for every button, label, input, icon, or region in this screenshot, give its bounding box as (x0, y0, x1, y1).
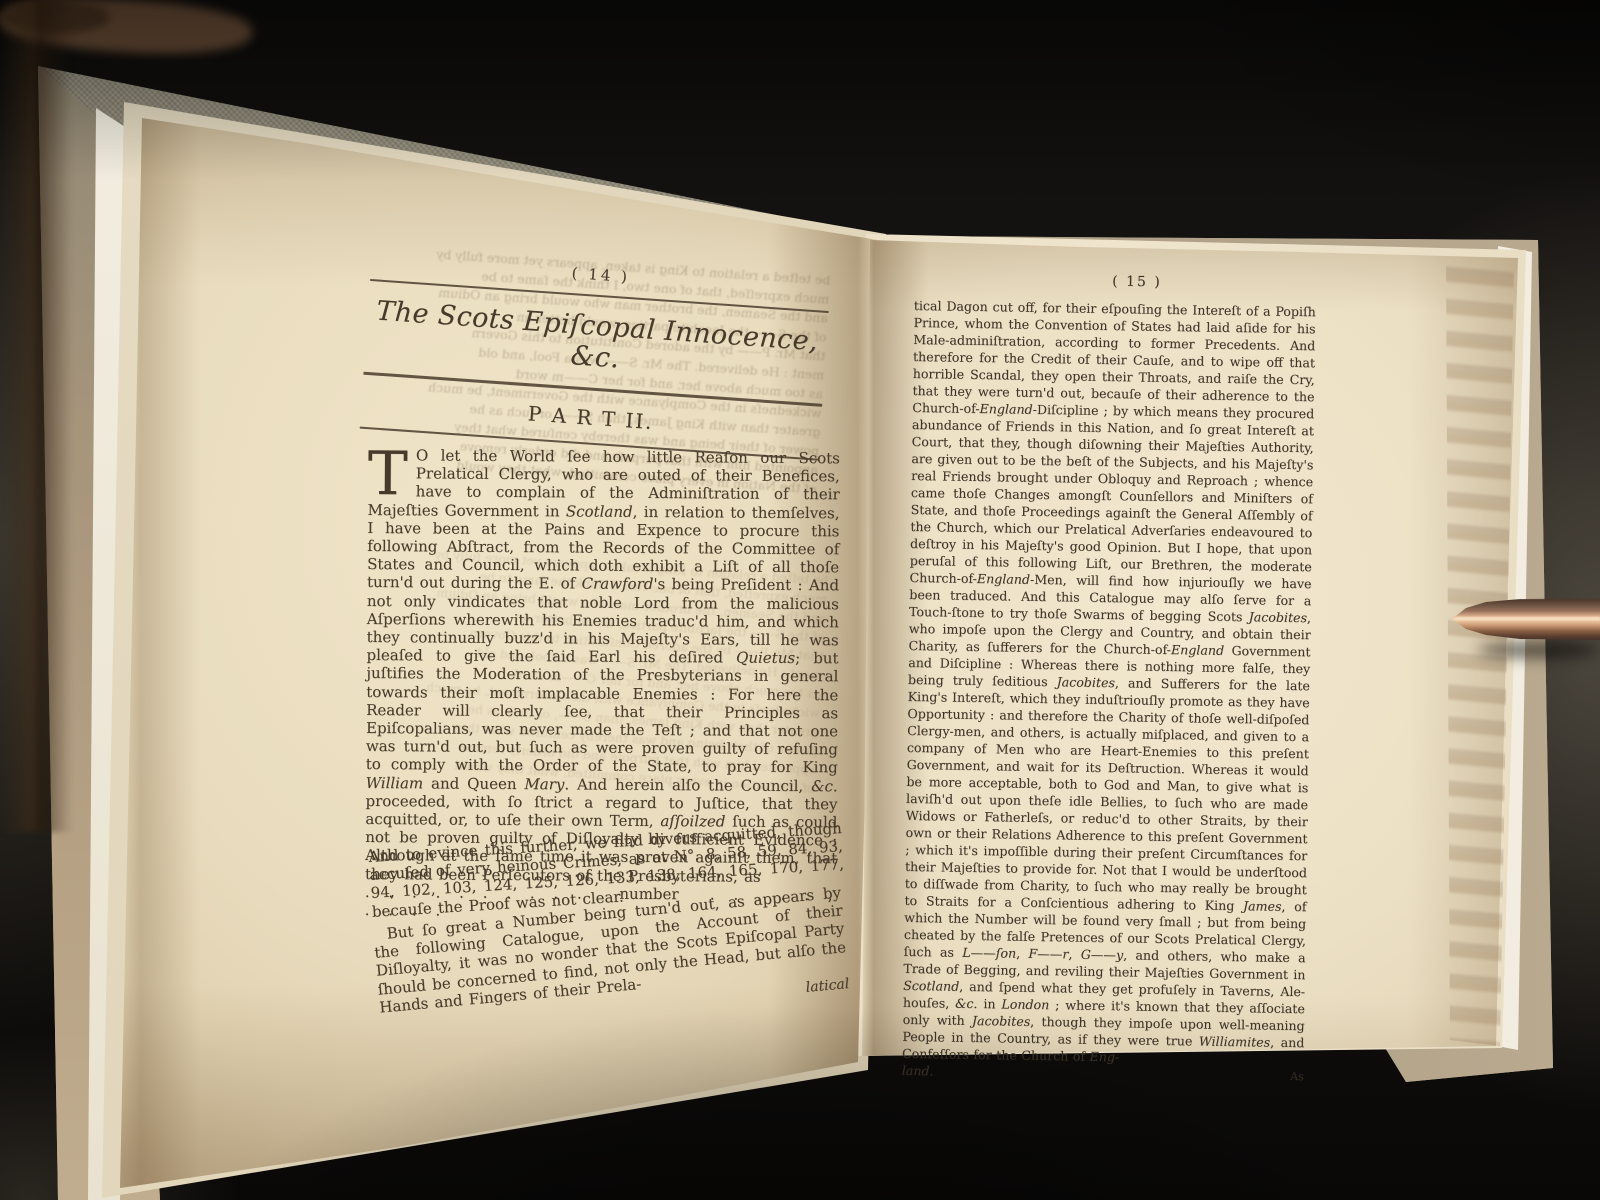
opening-paragraph-text: O let the World ſee how little Reaſon ou… (365, 446, 840, 885)
page-15-paragraph-text: tical Dagon cut off, for their eſpouſing… (902, 298, 1316, 1064)
book-title: The Scots Epiſcopal Innocence, &c. (365, 295, 828, 389)
pen-shadow (1478, 642, 1600, 658)
pen-highlight (1455, 617, 1600, 620)
page-14-header: ( 14 ) The Scots Epiſcopal Innocence, &c… (360, 250, 831, 460)
page-15-number: ( 15 ) (1092, 273, 1182, 291)
drop-cap: T (368, 446, 416, 499)
photo-of-open-antique-book: be teſted a relation to King is taken, a… (0, 0, 1600, 1200)
page-15-last-word: land. (902, 1062, 934, 1079)
page-15-catchword: As (1290, 1068, 1304, 1085)
gutter-shadow (0, 0, 72, 832)
page-15-body: tical Dagon cut off, for their eſpouſing… (902, 297, 1316, 1085)
